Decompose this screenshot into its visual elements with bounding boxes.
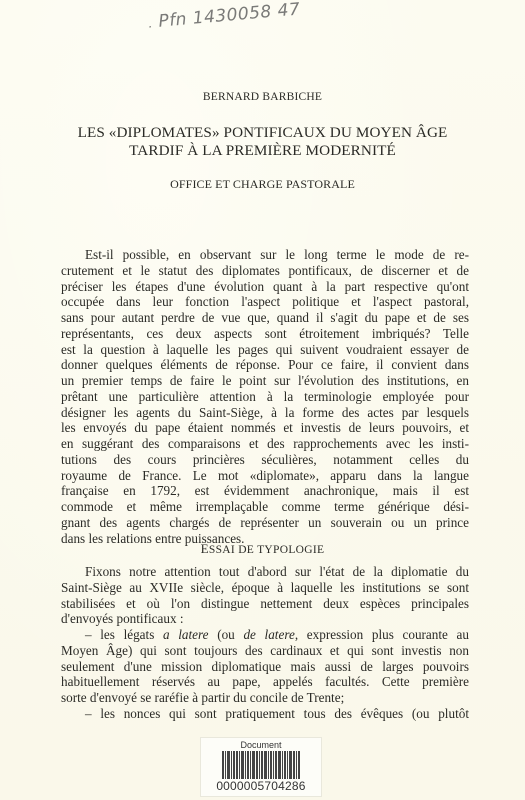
handwritten-text: Pfn 1430058 47 bbox=[158, 0, 301, 32]
author-name: BERNARD BARBICHE bbox=[0, 91, 525, 103]
text-line: commode et même irremplaçable comme term… bbox=[61, 499, 469, 515]
text-line: désigner les agents du Saint-Siège, à la… bbox=[61, 405, 469, 421]
section-heading: ESSAI DE TYPOLOGIE bbox=[0, 541, 525, 557]
text-line: est la question à laquelle les pages qui… bbox=[61, 342, 469, 358]
article-subtitle: OFFICE ET CHARGE PASTORALE bbox=[0, 177, 525, 192]
text-line: d'envoyés pontificaux : bbox=[61, 611, 469, 627]
handwritten-dot: . bbox=[148, 16, 154, 30]
text-line: habituellement réservés au pape, appelés… bbox=[61, 674, 469, 690]
title-line-1: LES «DIPLOMATES» PONTIFICAUX DU MOYEN ÂG… bbox=[0, 124, 525, 142]
text-line: stabilisées et où l'on distingue netteme… bbox=[61, 596, 469, 612]
paragraph-typology: Fixons notre attention tout d'abord sur … bbox=[61, 564, 469, 627]
list-item-legates: – les légats a latere (ou de latere, exp… bbox=[61, 627, 469, 643]
handwritten-shelfmark: .Pfn 1430058 47 bbox=[147, 0, 301, 33]
list-item-nuncios: – les nonces qui sont pratiquement tous … bbox=[61, 706, 469, 722]
library-barcode-label: Document 0000005704286 bbox=[200, 737, 322, 797]
text-line: prêtant une particulière attention à la … bbox=[61, 389, 469, 405]
barcode-number: 0000005704286 bbox=[201, 779, 321, 793]
barcode-title: Document bbox=[201, 740, 321, 750]
text-line: donner quelques éléments de réponse. Pou… bbox=[61, 357, 469, 373]
text-line: les envoyés du pape étaient nommés et in… bbox=[61, 420, 469, 436]
text-line: tutions des cours princières séculières,… bbox=[61, 452, 469, 468]
text-line: préciser les étapes d'une évolution quan… bbox=[61, 279, 469, 295]
text-line: crutement et le statut des diplomates po… bbox=[61, 263, 469, 279]
text-line: occupée dans leur fonction l'aspect poli… bbox=[61, 294, 469, 310]
barcode-icon bbox=[205, 751, 317, 779]
text-line: Fixons notre attention tout d'abord sur … bbox=[61, 564, 469, 580]
heading-initial: E bbox=[201, 541, 209, 556]
text-line: Est-il possible, en observant sur le lon… bbox=[61, 247, 469, 263]
article-title: LES «DIPLOMATES» PONTIFICAUX DU MOYEN ÂG… bbox=[0, 124, 525, 160]
text-line: Moyen Âge) qui sont toujours des cardina… bbox=[61, 643, 469, 659]
text-line: française en 1792, est évidemment anachr… bbox=[61, 483, 469, 499]
text-line: un premier temps de faire le point sur l… bbox=[61, 373, 469, 389]
text-line: sorte d'envoyé se raréfie à partir du co… bbox=[61, 690, 469, 706]
text-line: gnant des agents chargés de représenter … bbox=[61, 515, 469, 531]
heading-rest: SSAI DE TYPOLOGIE bbox=[209, 544, 324, 556]
scanned-page: .Pfn 1430058 47 BERNARD BARBICHE LES «DI… bbox=[0, 0, 525, 800]
text-line: royaume de France. Le mot «diplomate», a… bbox=[61, 468, 469, 484]
text-line: seulement d'une mission diplomatique mai… bbox=[61, 659, 469, 675]
paragraph-introduction: Est-il possible, en observant sur le lon… bbox=[61, 247, 469, 546]
title-line-2: TARDIF À LA PREMIÈRE MODERNITÉ bbox=[0, 142, 525, 160]
text-line: sans pour autant perdre de vue que, quan… bbox=[61, 310, 469, 326]
text-line: en suggérant des comparaisons et des rap… bbox=[61, 436, 469, 452]
envoy-list: – les légats a latere (ou de latere, exp… bbox=[61, 627, 469, 722]
text-line: représentants, ces deux aspects sont étr… bbox=[61, 326, 469, 342]
text-line: Saint-Siège au XVIIe siècle, époque à la… bbox=[61, 580, 469, 596]
